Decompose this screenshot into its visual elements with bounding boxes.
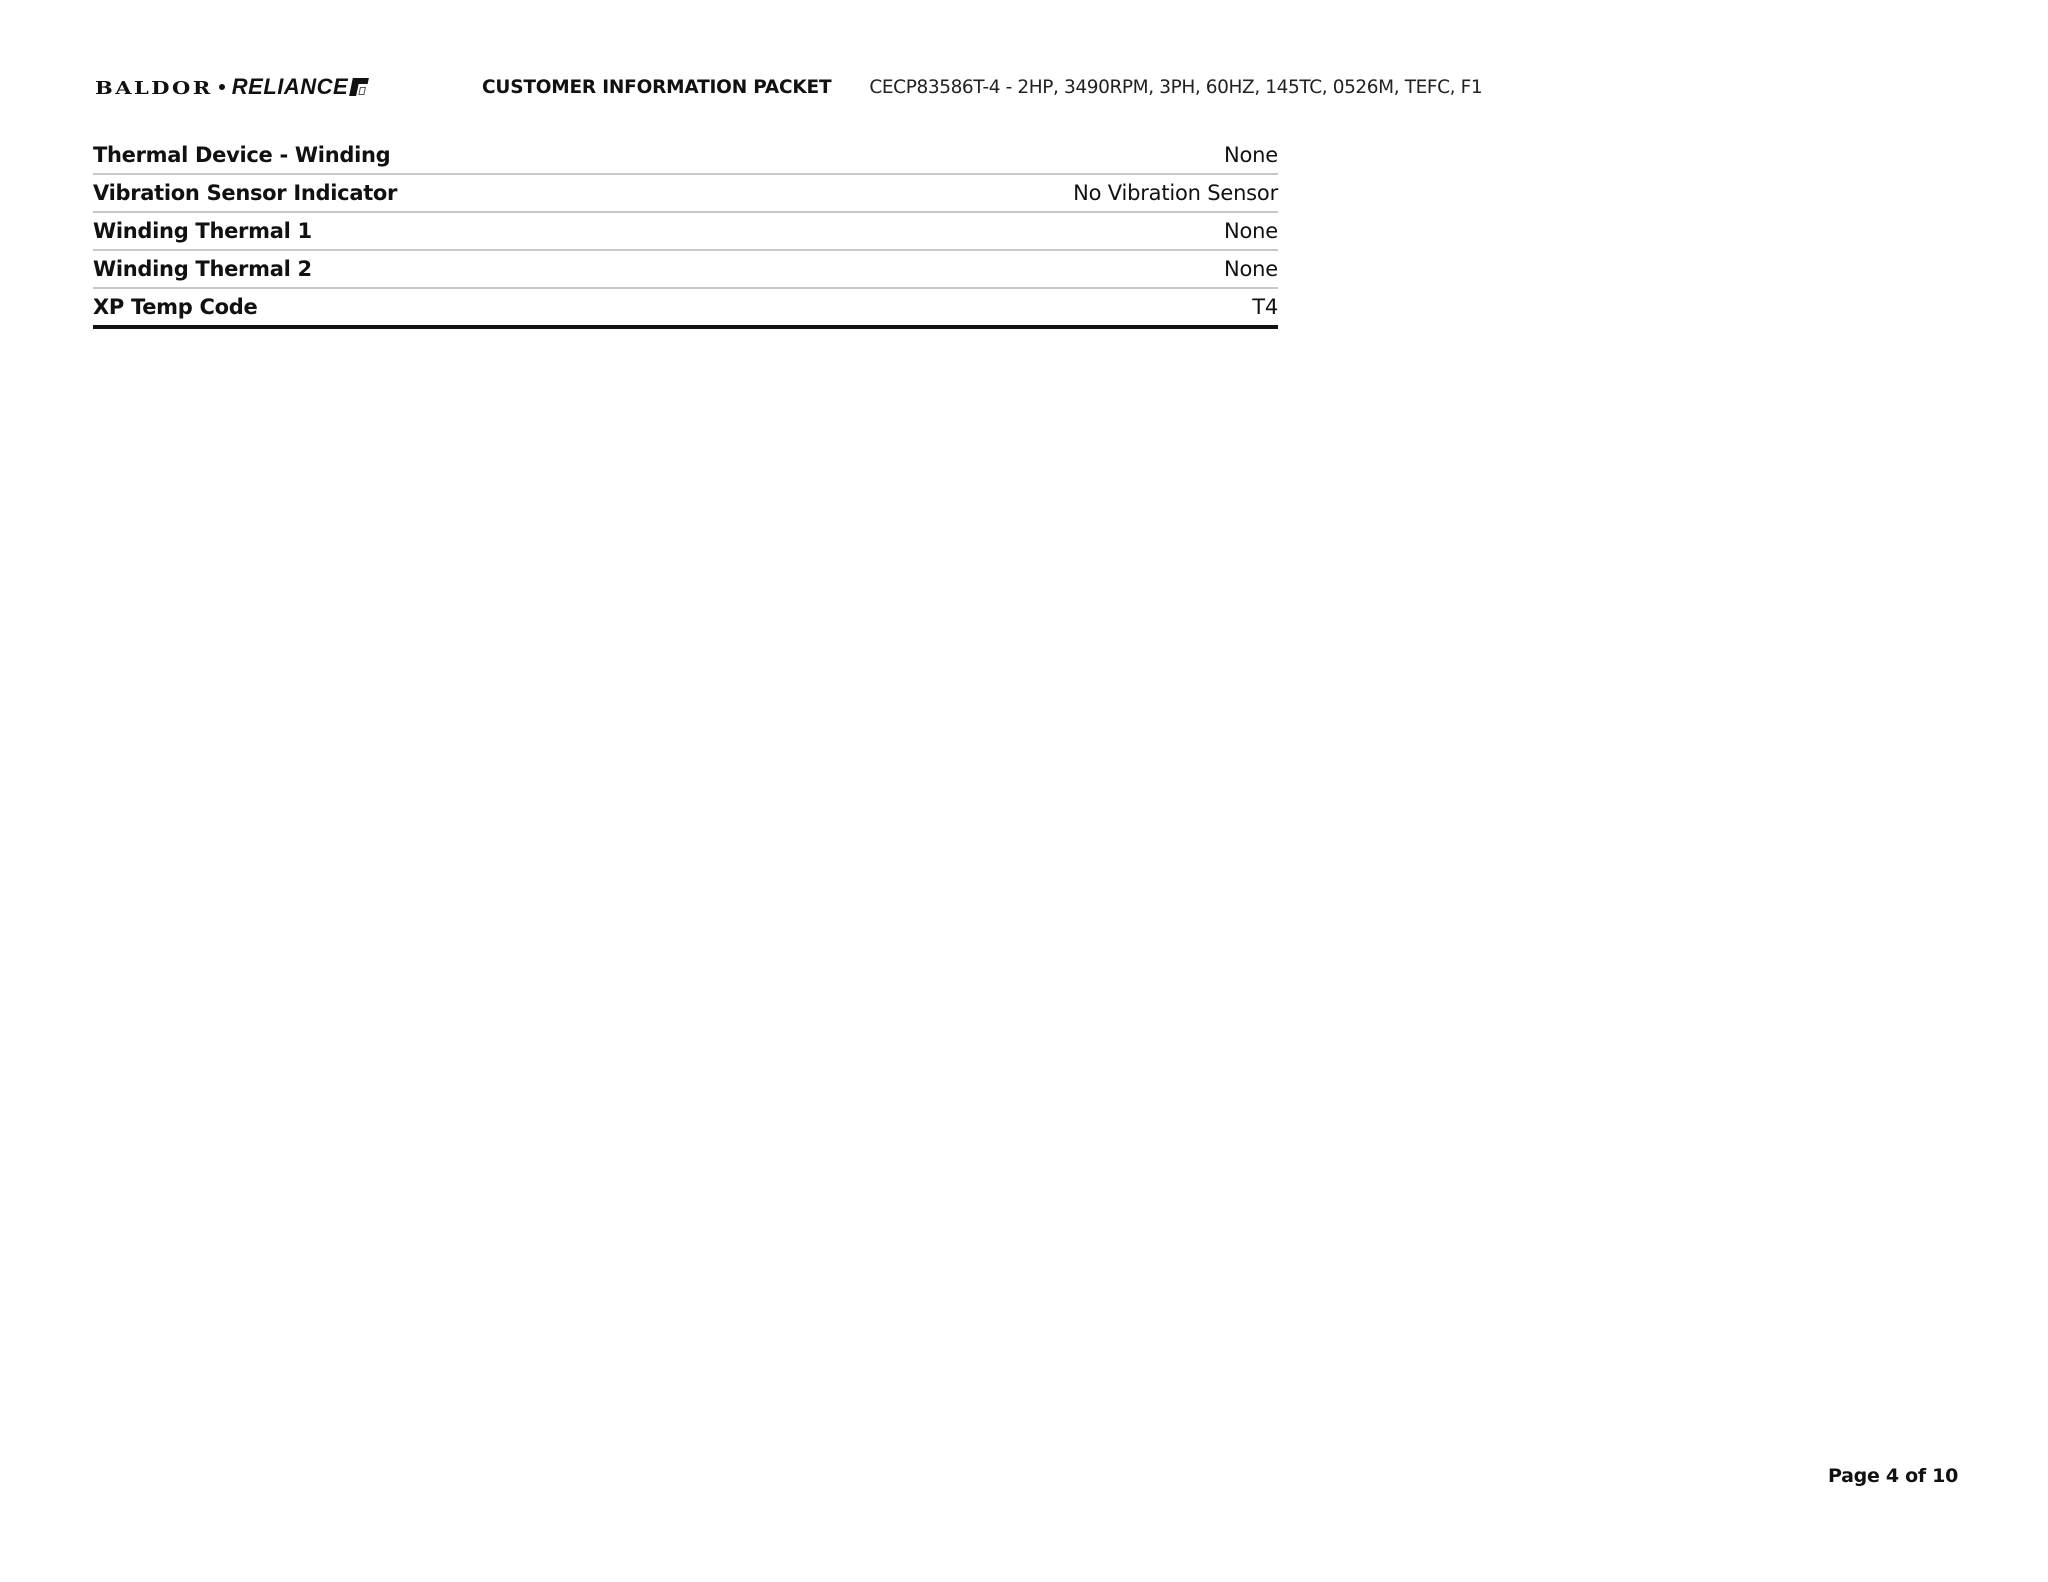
baldor-reliance-logo: BALDOR RELIANCE [95,75,440,99]
table-row: Vibration Sensor Indicator No Vibration … [93,175,1278,213]
reliance-r-mark-icon [349,78,369,96]
spec-label: Winding Thermal 1 [93,219,312,243]
page-number: Page 4 of 10 [1828,1465,1958,1487]
spec-label: Winding Thermal 2 [93,257,312,281]
logo-dot-separator [219,84,225,90]
model-description: CECP83586T-4 - 2HP, 3490RPM, 3PH, 60HZ, … [869,77,1482,98]
spec-table: Thermal Device - Winding None Vibration … [93,137,1278,329]
spec-value: None [1224,143,1278,167]
document-type-title: CUSTOMER INFORMATION PACKET [482,77,831,98]
logo-brand-reliance: RELIANCE [232,74,348,100]
table-row: Winding Thermal 2 None [93,251,1278,289]
spec-value: No Vibration Sensor [1073,181,1278,205]
spec-label: Thermal Device - Winding [93,143,390,167]
table-row: Winding Thermal 1 None [93,213,1278,251]
spec-label: XP Temp Code [93,295,257,319]
logo-brand-baldor: BALDOR [95,76,213,97]
spec-value: None [1224,219,1278,243]
table-row: Thermal Device - Winding None [93,137,1278,175]
spec-value: T4 [1252,295,1278,319]
page-header: BALDOR RELIANCE CUSTOMER INFORMATION PAC… [95,72,1482,102]
table-row: XP Temp Code T4 [93,289,1278,329]
spec-value: None [1224,257,1278,281]
spec-label: Vibration Sensor Indicator [93,181,397,205]
